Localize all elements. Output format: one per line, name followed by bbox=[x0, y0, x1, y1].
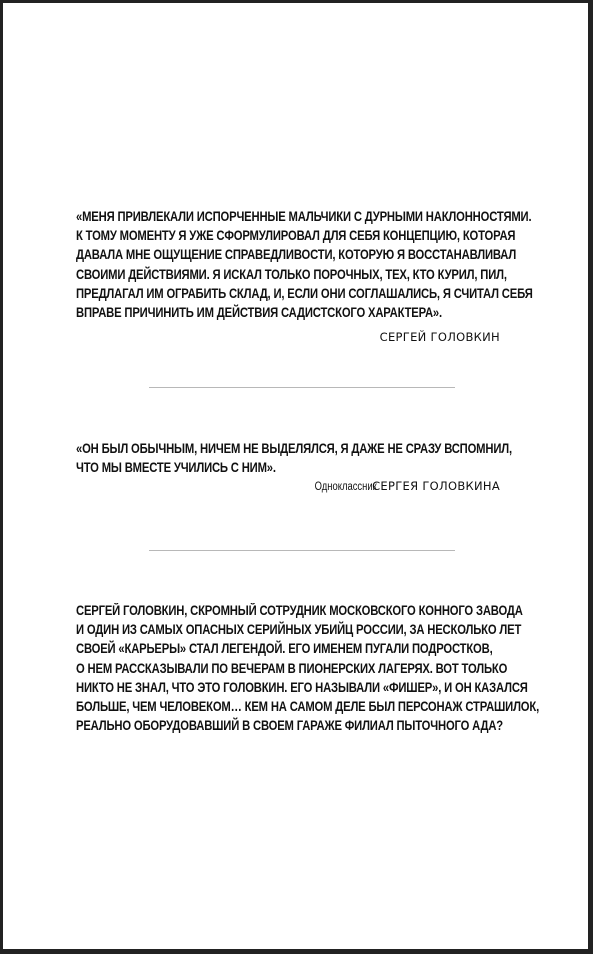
text-line: своими действиями. Я искал только порочн… bbox=[76, 265, 513, 284]
book-description: Сергей Головкин, скромный сотрудник Моск… bbox=[76, 601, 513, 735]
text-line: никто не знал, что это Головкин. Его наз… bbox=[76, 678, 513, 697]
text-line: К тому моменту я уже сформулировал для с… bbox=[76, 226, 513, 245]
book-description-text: Сергей Головкин, скромный сотрудник Моск… bbox=[76, 601, 513, 735]
quote-classmate: «Он был обычным, ничем не выделялся, я д… bbox=[76, 439, 513, 477]
quote-golovkin: «Меня привлекали испорченные мальчики с … bbox=[76, 207, 513, 322]
text-line: о нем рассказывали по вечерам в пионерск… bbox=[76, 659, 513, 678]
quote-golovkin-text: «Меня привлекали испорченные мальчики с … bbox=[76, 207, 513, 322]
text-line: своей «карьеры» стал легендой. Его имене… bbox=[76, 639, 513, 658]
text-line: больше, чем человеком… Кем на самом деле… bbox=[76, 697, 513, 716]
attribution-prefix: Одноклассник bbox=[314, 481, 376, 493]
attribution-name: СЕРГЕЯ ГОЛОВКИНА bbox=[372, 479, 500, 493]
attribution-name: СЕРГЕЙ ГОЛОВКИН bbox=[380, 330, 500, 344]
separator-line bbox=[149, 387, 455, 388]
text-line: «Он был обычным, ничем не выделялся, я д… bbox=[76, 439, 513, 458]
quote-classmate-text: «Он был обычным, ничем не выделялся, я д… bbox=[76, 439, 513, 477]
text-line: Сергей Головкин, скромный сотрудник Моск… bbox=[76, 601, 513, 620]
text-line: предлагал им ограбить склад, и, если они… bbox=[76, 284, 513, 303]
book-back-cover: «Меня привлекали испорченные мальчики с … bbox=[0, 0, 593, 954]
text-line: реально оборудовавший в своем гараже фил… bbox=[76, 716, 513, 735]
quote-classmate-attribution: Одноклассник СЕРГЕЯ ГОЛОВКИНА bbox=[301, 479, 500, 493]
text-line: «Меня привлекали испорченные мальчики с … bbox=[76, 207, 513, 226]
text-line: давала мне ощущение справедливости, кото… bbox=[76, 245, 513, 264]
text-line: и один из самых опасных серийных убийц Р… bbox=[76, 620, 513, 639]
text-line: что мы вместе учились с ним». bbox=[76, 458, 513, 477]
quote-golovkin-attribution: СЕРГЕЙ ГОЛОВКИН bbox=[380, 330, 500, 344]
text-line: вправе причинить им действия садистского… bbox=[76, 303, 513, 322]
separator-line bbox=[149, 550, 455, 551]
